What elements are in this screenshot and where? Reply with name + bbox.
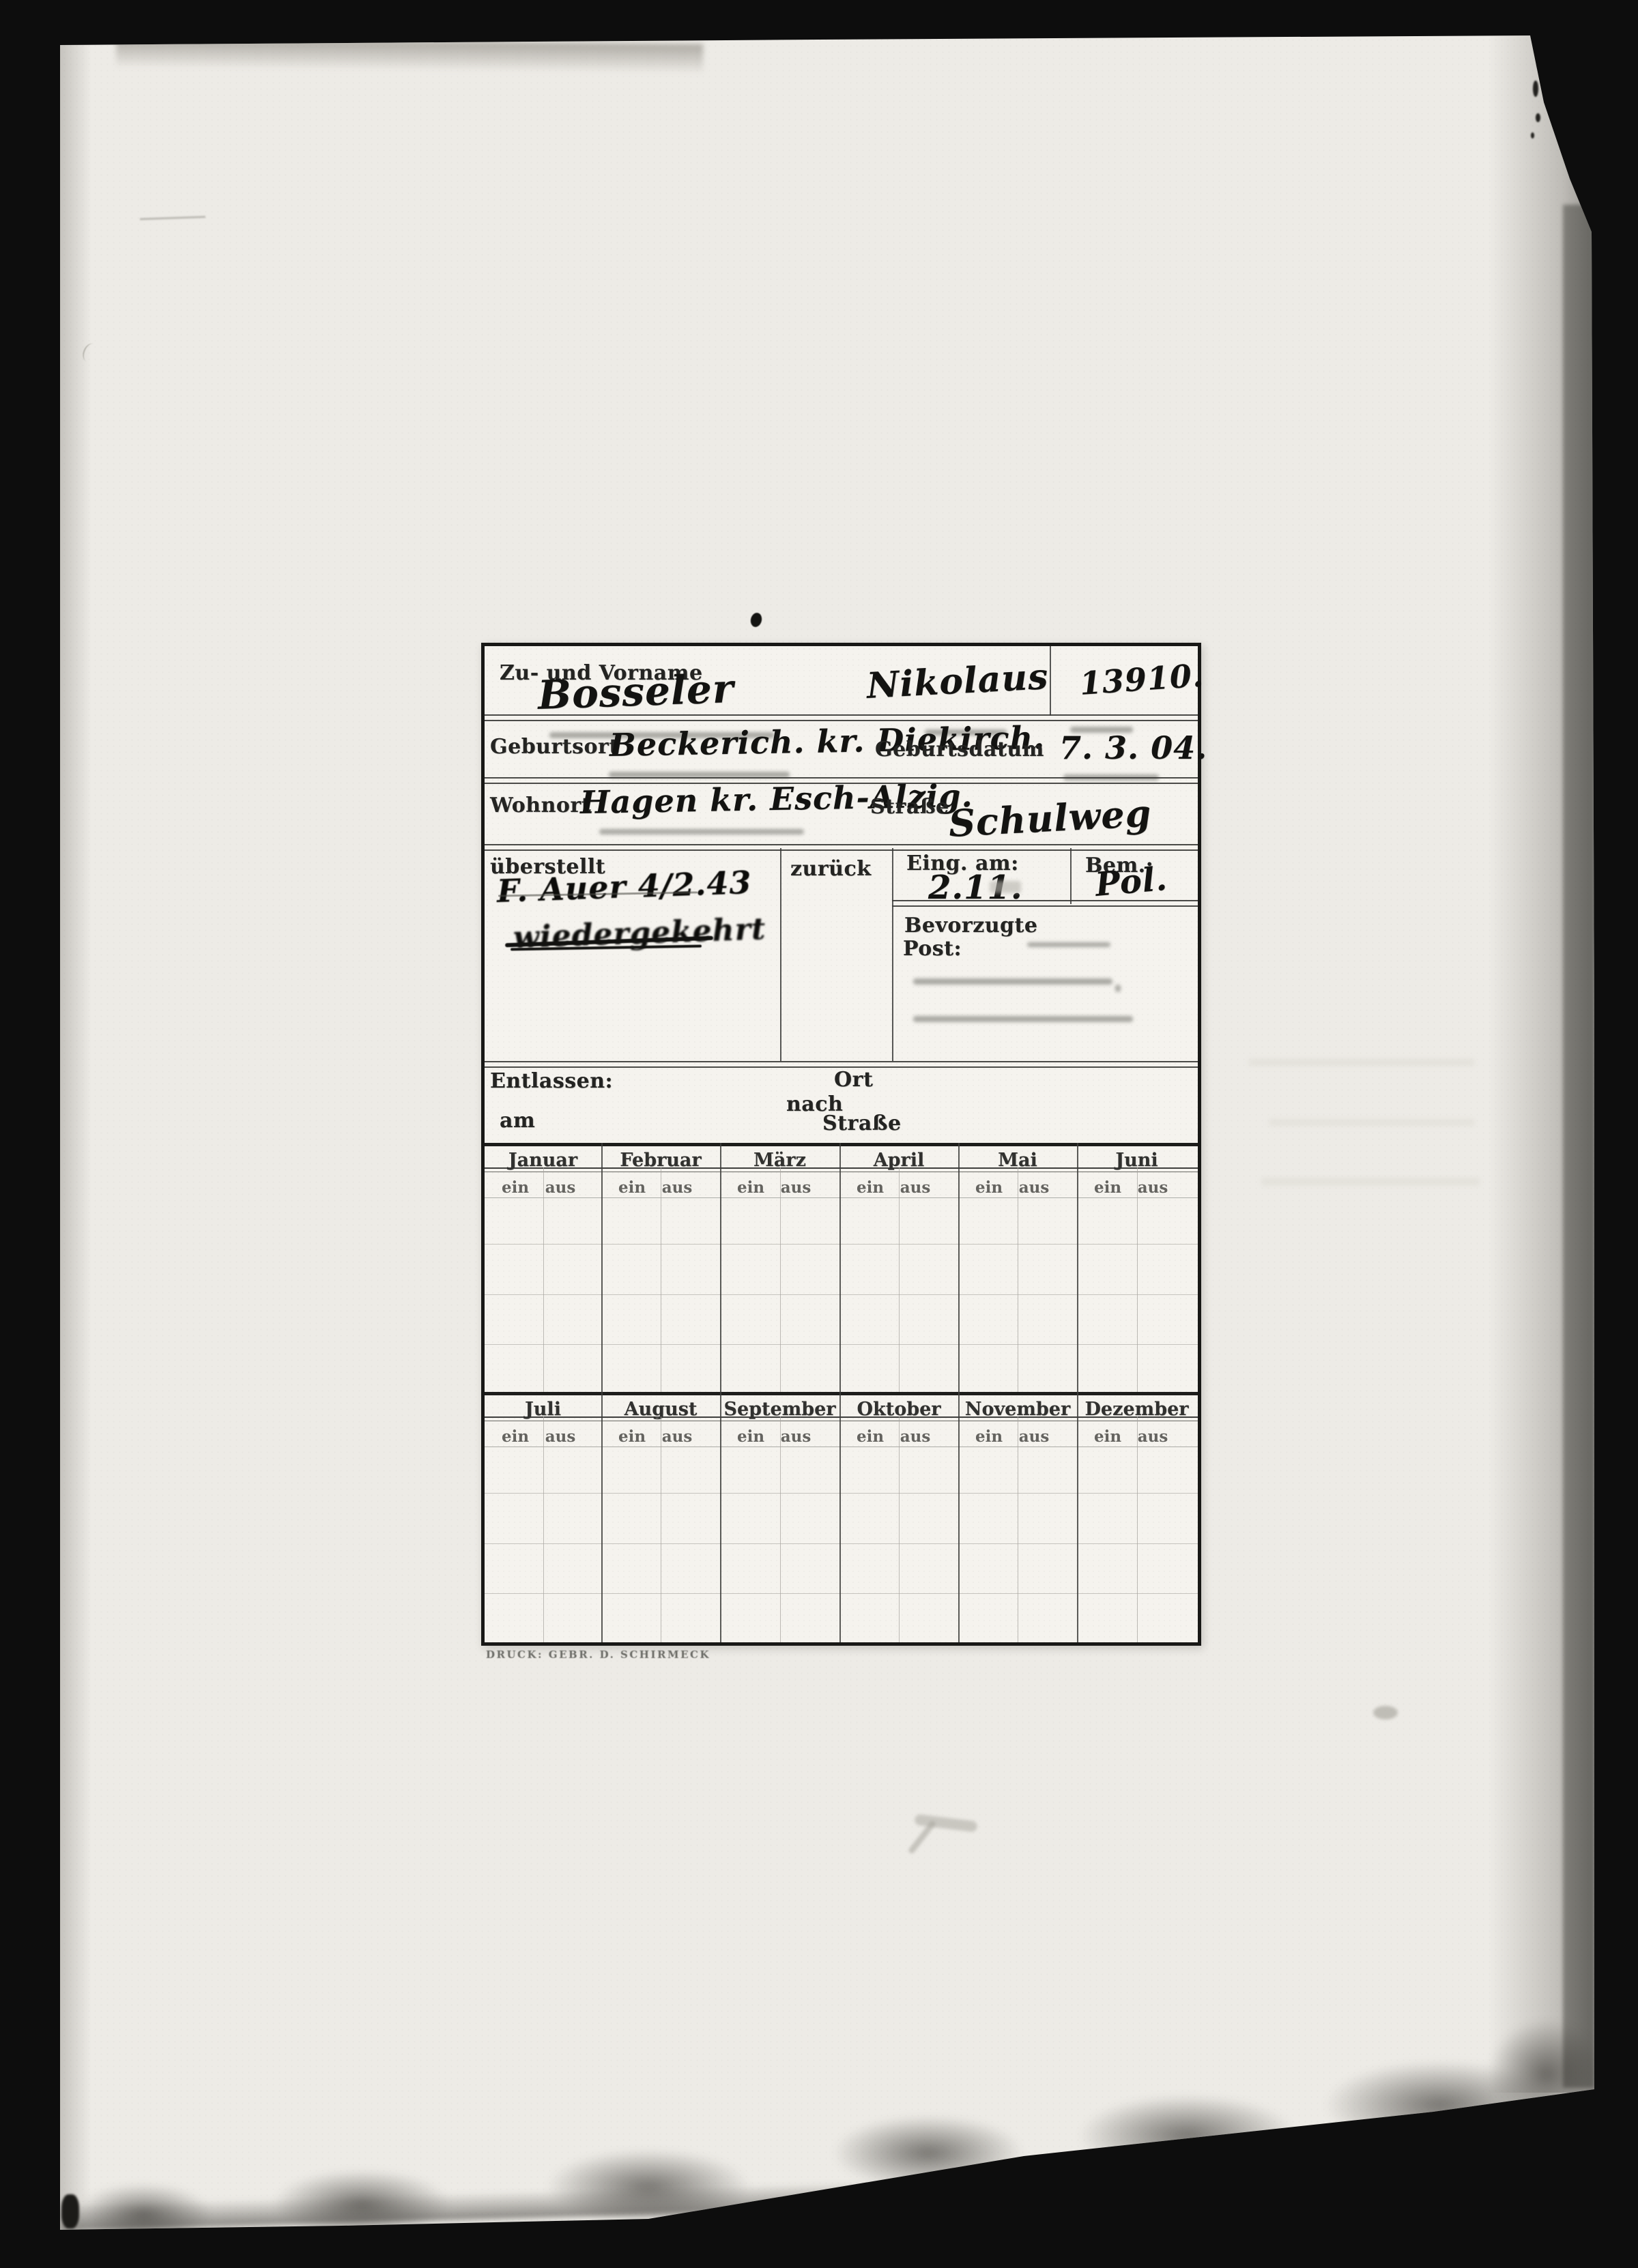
- subcolumn-line: [899, 1167, 900, 1392]
- bleedthrough-line: [1249, 1059, 1474, 1066]
- birthplace-label: Geburtsort: [490, 735, 619, 759]
- paper-sheet: Zu- und Vorname Bosseler Nikolaus 13910.…: [0, 0, 1638, 2268]
- back-label: zurück: [790, 857, 872, 881]
- bleedthrough-line: [1261, 1178, 1480, 1186]
- column-line: [958, 1143, 960, 1392]
- birthdate-label: Geburtsdatum: [875, 738, 1044, 761]
- column-line: [958, 1392, 960, 1642]
- column-line: [720, 1392, 721, 1642]
- body-grid-rule: [485, 1543, 1198, 1544]
- einaus-divider-rule: [485, 1197, 1198, 1198]
- scan-background: { "colors": { "scan_background": "#0d0d0…: [0, 0, 1638, 2268]
- ein-label: ein: [728, 1427, 773, 1446]
- body-grid-rule: [485, 1294, 1198, 1295]
- column-line: [720, 1143, 721, 1392]
- subcolumn-line: [661, 1167, 661, 1392]
- ein-label: ein: [848, 1178, 893, 1197]
- top-edge-shadow: [116, 38, 703, 74]
- left-edge-shadow: [60, 41, 91, 2230]
- subcolumn-line: [543, 1167, 544, 1392]
- aus-label: aus: [538, 1178, 583, 1197]
- row-divider-rule: [485, 714, 1198, 721]
- number-cell-divider: [1050, 646, 1051, 716]
- birthdate-handwriting: 7. 3. 04.: [1059, 729, 1207, 766]
- erased-text-smudge: [1027, 942, 1110, 947]
- ein-label: ein: [1085, 1178, 1130, 1197]
- on-label: am: [500, 1109, 535, 1133]
- subcolumn-line: [780, 1416, 781, 1642]
- remark-cell-divider: [1070, 848, 1072, 904]
- received-underline-rule: [892, 900, 1198, 907]
- edge-ink-speck: [1537, 60, 1544, 70]
- subcolumn-line: [1137, 1167, 1138, 1392]
- column-line: [1077, 1143, 1078, 1392]
- gray-smudge-mark: [1373, 1706, 1398, 1719]
- transfer-column-divider: [780, 848, 781, 1061]
- bottom-left-ink-blotch: [61, 2194, 79, 2228]
- edge-ink-speck: [1536, 113, 1540, 122]
- ink-dot: [749, 611, 764, 628]
- ein-label: ein: [493, 1178, 538, 1197]
- body-grid-rule: [485, 1244, 1198, 1245]
- subcolumn-line: [661, 1416, 661, 1642]
- ein-label: ein: [728, 1178, 773, 1197]
- bottom-edge-mottle: [1488, 2020, 1604, 2129]
- prisoner-number-handwriting: 13910.: [1078, 656, 1205, 702]
- subcolumn-line: [1137, 1416, 1138, 1642]
- subcolumn-line: [1018, 1416, 1018, 1642]
- preferred-mail-label-2: Post:: [903, 937, 962, 961]
- ein-label: ein: [493, 1427, 538, 1446]
- column-line: [1077, 1392, 1078, 1642]
- street-label: Straße: [870, 795, 949, 819]
- row-divider-rule: [485, 844, 1198, 851]
- remark-value-handwriting: Pol.: [1094, 860, 1169, 904]
- registration-card: Zu- und Vorname Bosseler Nikolaus 13910.…: [485, 646, 1198, 1642]
- ein-label: ein: [1085, 1427, 1130, 1446]
- scratch-mark: [140, 216, 205, 220]
- ein-label: ein: [848, 1427, 893, 1446]
- calendar-table-first-half: JanuareinausFebruareinausMärzeinausApril…: [485, 1143, 1198, 1392]
- residence-label: Wohnort: [490, 794, 591, 817]
- column-line: [839, 1392, 841, 1642]
- erased-comma-smudge: [1115, 985, 1121, 992]
- edge-ink-speck: [1533, 81, 1538, 97]
- erased-text-smudge: [599, 829, 804, 834]
- transfer-column-divider: [892, 848, 893, 1061]
- subcolumn-line: [543, 1416, 544, 1642]
- ein-label: ein: [609, 1427, 655, 1446]
- table-top-rule: [485, 1143, 1198, 1146]
- bottom-edge-mottle: [833, 2115, 1024, 2190]
- einaus-divider-rule: [485, 1446, 1198, 1447]
- column-line: [601, 1143, 603, 1392]
- table-top-rule: [485, 1392, 1198, 1395]
- calendar-table-second-half: JulieinausAugusteinausSeptembereinausOkt…: [485, 1392, 1198, 1642]
- released-label: Entlassen:: [490, 1069, 613, 1093]
- ein-label: ein: [966, 1427, 1011, 1446]
- forename-handwriting: Nikolaus: [865, 656, 1049, 707]
- right-edge-dark-band: [1563, 205, 1594, 2088]
- erased-text-smudge: [913, 1016, 1133, 1022]
- body-grid-rule: [485, 1593, 1198, 1594]
- body-grid-rule: [485, 1344, 1198, 1345]
- row-divider-rule: [485, 1061, 1198, 1068]
- bottom-edge-mottle: [1078, 2095, 1297, 2177]
- bleedthrough-line: [1269, 1119, 1474, 1126]
- street-handwriting: Schulweg: [947, 791, 1152, 845]
- ein-label: ein: [609, 1178, 655, 1197]
- faded-ghost-mark: [990, 881, 1021, 893]
- surname-handwriting: Bosseler: [537, 665, 735, 718]
- ein-label: ein: [966, 1178, 1011, 1197]
- column-line: [601, 1392, 603, 1642]
- erased-text-smudge: [913, 978, 1112, 985]
- edge-ink-speck: [1531, 132, 1534, 139]
- release-street-label: Straße: [822, 1111, 902, 1135]
- subcolumn-line: [899, 1416, 900, 1642]
- subcolumn-line: [1018, 1167, 1018, 1392]
- printer-imprint: DRUCK: GEBR. D. SCHIRMECK: [486, 1648, 710, 1661]
- aus-label: aus: [538, 1427, 583, 1446]
- subcolumn-line: [780, 1167, 781, 1392]
- body-grid-rule: [485, 1493, 1198, 1494]
- place-label: Ort: [834, 1068, 873, 1092]
- column-line: [839, 1143, 841, 1392]
- preferred-mail-label-1: Bevorzugte: [904, 914, 1037, 937]
